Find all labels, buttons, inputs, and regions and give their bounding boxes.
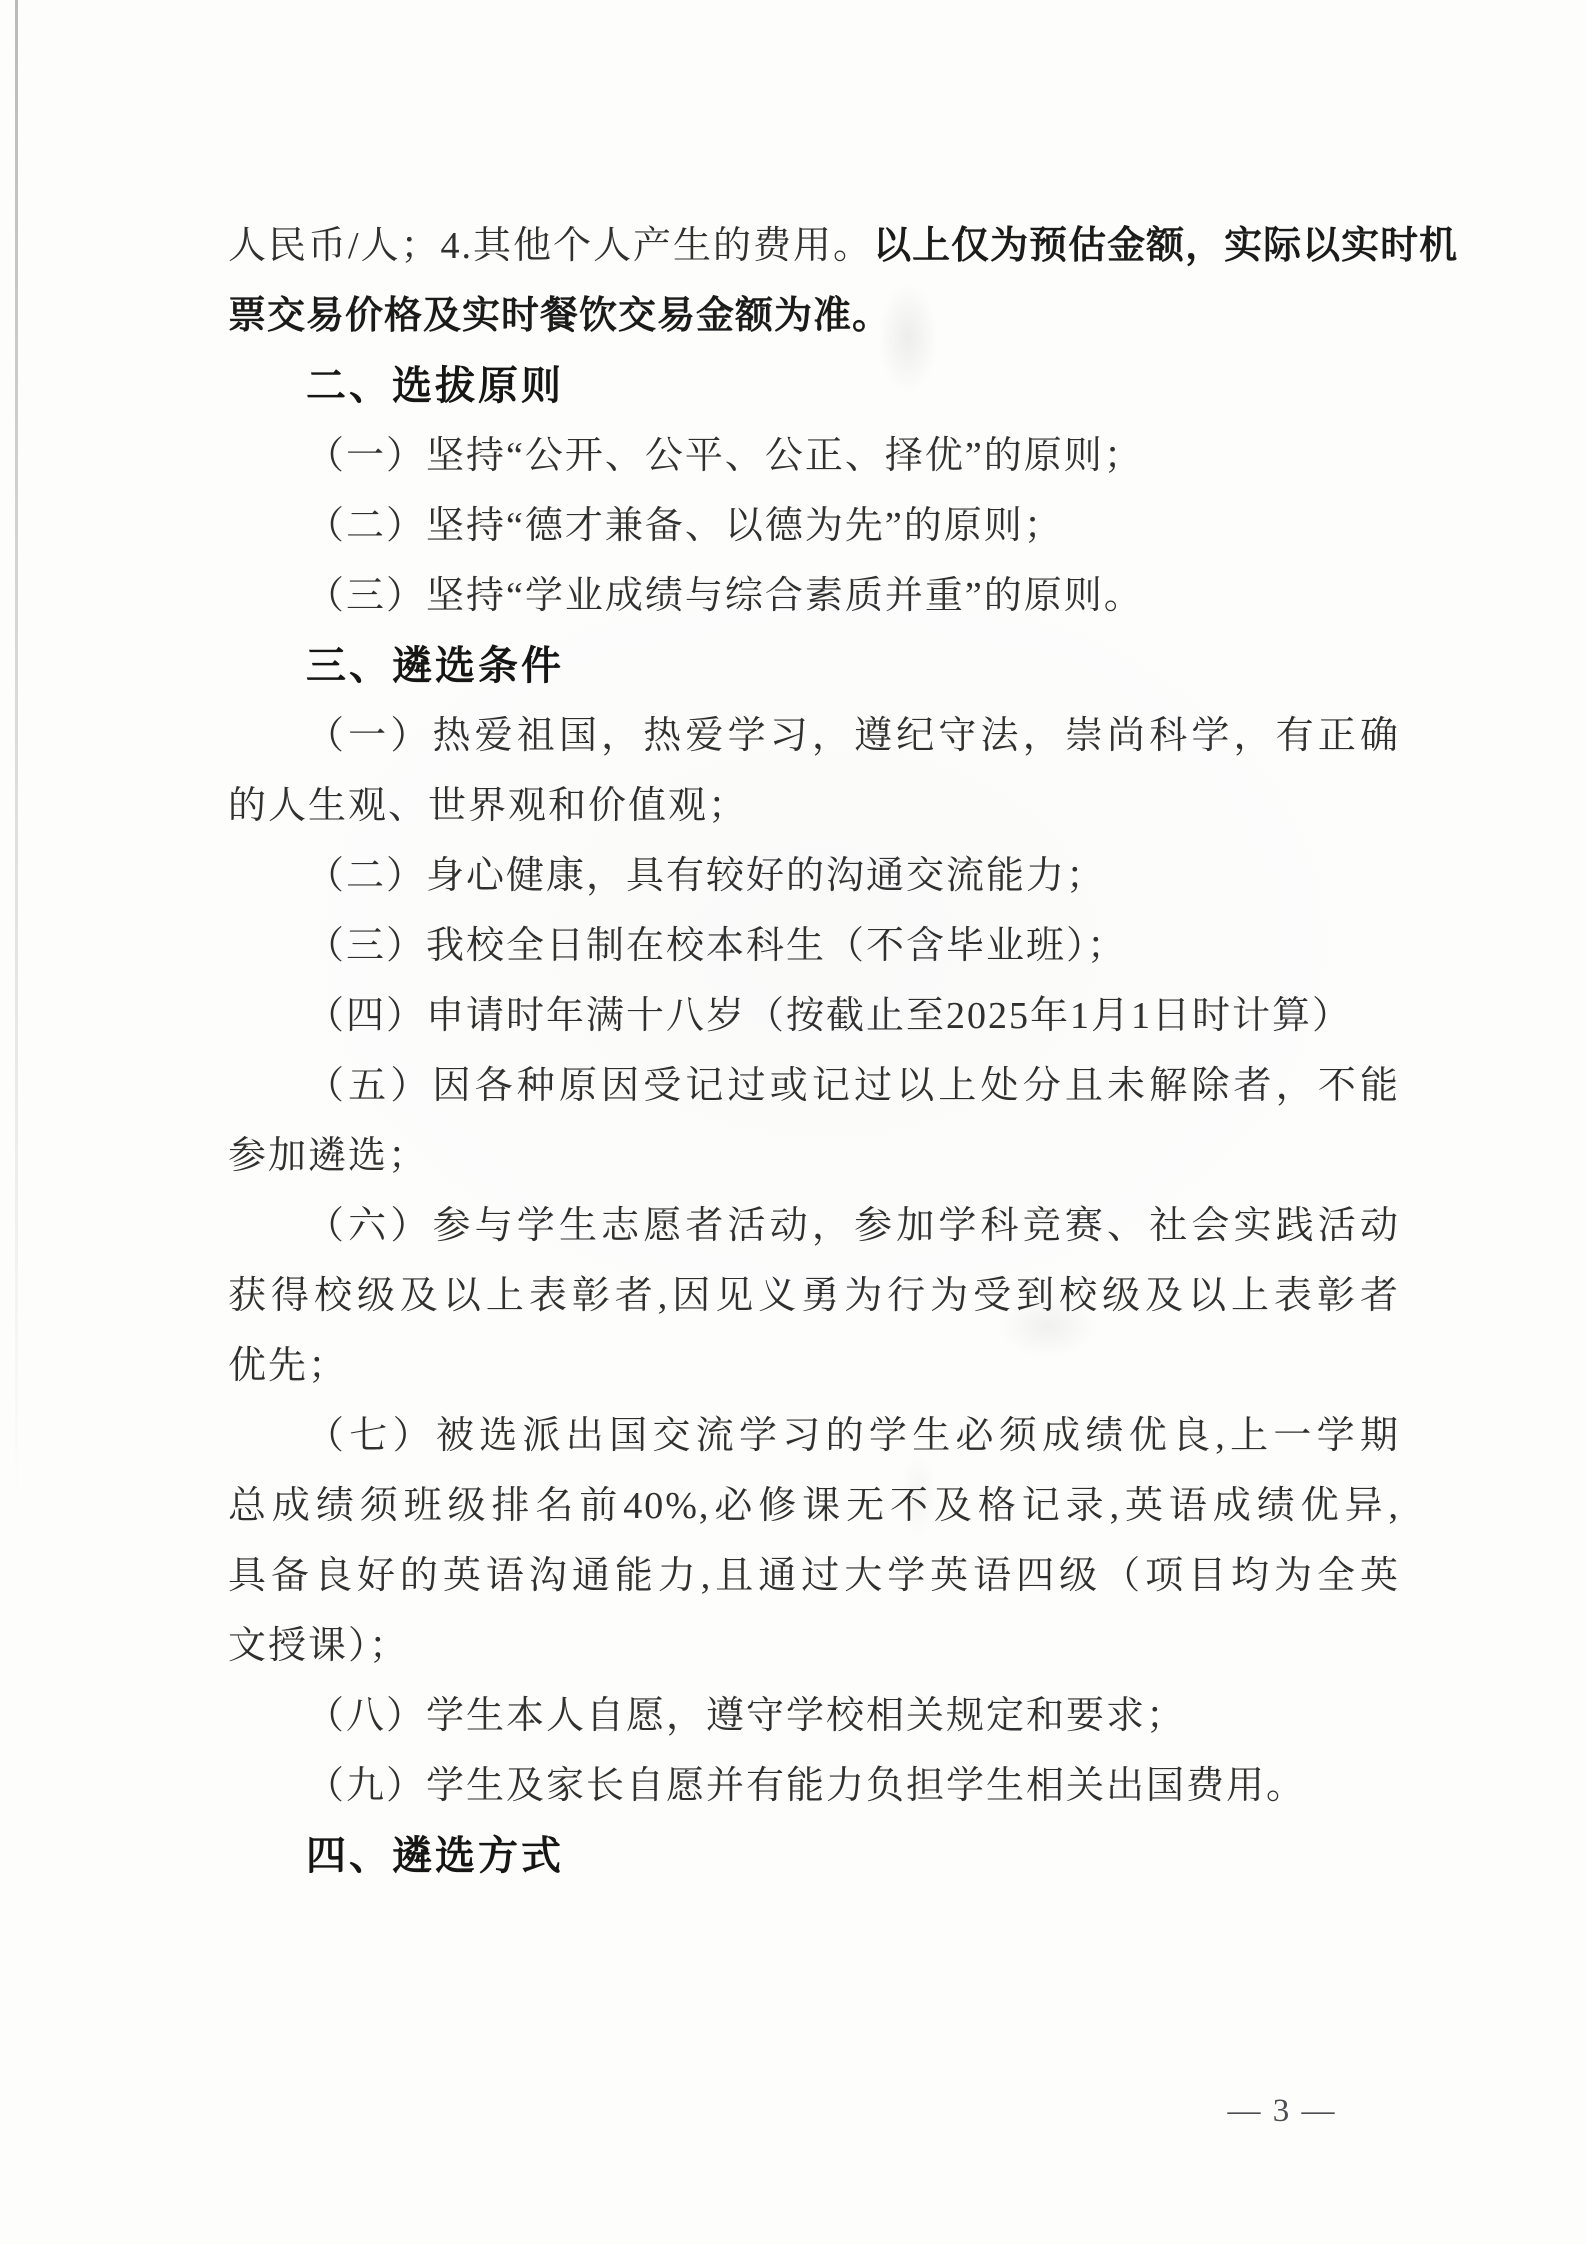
body-line-condition-7d: 文授课）； bbox=[228, 1611, 1400, 1681]
body-line-condition-5b: 参加遴选； bbox=[228, 1121, 1400, 1191]
body-line-condition-3: （三）我校全日制在校本科生（不含毕业班）； bbox=[228, 911, 1400, 981]
body-line-condition-7c: 具备良好的英语沟通能力,且通过大学英语四级（项目均为全英 bbox=[228, 1541, 1400, 1611]
body-line-condition-6b: 获得校级及以上表彰者,因见义勇为行为受到校级及以上表彰者 bbox=[228, 1261, 1400, 1331]
body-line-principle-3: （三）坚持“学业成绩与综合素质并重”的原则。 bbox=[228, 561, 1400, 631]
body-line-principle-1: （一）坚持“公开、公平、公正、择优”的原则； bbox=[228, 421, 1400, 491]
body-line-condition-8: （八）学生本人自愿，遵守学校相关规定和要求； bbox=[228, 1681, 1400, 1751]
scanned-document-page: 人民币/人；4.其他个人产生的费用。以上仅为预估金额，实际以实时机 票交易价格及… bbox=[0, 0, 1586, 2244]
scan-edge-artifact bbox=[15, 0, 18, 1500]
body-line-condition-1a: （一）热爱祖国，热爱学习，遵纪守法，崇尚科学，有正确 bbox=[228, 701, 1400, 771]
body-line-condition-7a: （七）被选派出国交流学习的学生必须成绩优良,上一学期 bbox=[228, 1401, 1400, 1471]
body-line-condition-2: （二）身心健康，具有较好的沟通交流能力； bbox=[228, 841, 1400, 911]
section-heading-selection-principles: 二、选拔原则 bbox=[228, 351, 1400, 421]
section-heading-selection-conditions: 三、遴选条件 bbox=[228, 631, 1400, 701]
body-line-condition-6a: （六）参与学生志愿者活动，参加学科竞赛、社会实践活动 bbox=[228, 1191, 1400, 1261]
regular-text-segment: 人民币/人；4.其他个人产生的费用。 bbox=[228, 225, 873, 267]
body-line-condition-5a: （五）因各种原因受记过或记过以上处分且未解除者，不能 bbox=[228, 1051, 1400, 1121]
page-number: — 3 — bbox=[1198, 2088, 1366, 2134]
body-line-condition-4: （四）申请时年满十八岁（按截止至2025年1月1日时计算） bbox=[228, 981, 1400, 1051]
body-line-condition-6c: 优先； bbox=[228, 1331, 1400, 1401]
document-text-block: 人民币/人；4.其他个人产生的费用。以上仅为预估金额，实际以实时机 票交易价格及… bbox=[228, 211, 1400, 1891]
body-line-bold: 票交易价格及实时餐饮交易金额为准。 bbox=[228, 281, 1400, 351]
body-line-principle-2: （二）坚持“德才兼备、以德为先”的原则； bbox=[228, 491, 1400, 561]
body-line-continued: 人民币/人；4.其他个人产生的费用。以上仅为预估金额，实际以实时机 bbox=[228, 211, 1400, 281]
bold-text-segment: 以上仅为预估金额，实际以实时机 bbox=[873, 225, 1458, 267]
body-line-condition-7b: 总成绩须班级排名前40%,必修课无不及格记录,英语成绩优异, bbox=[228, 1471, 1400, 1541]
body-line-condition-9: （九）学生及家长自愿并有能力负担学生相关出国费用。 bbox=[228, 1751, 1400, 1821]
body-line-condition-1b: 的人生观、世界观和价值观； bbox=[228, 771, 1400, 841]
section-heading-selection-method: 四、遴选方式 bbox=[228, 1821, 1400, 1891]
